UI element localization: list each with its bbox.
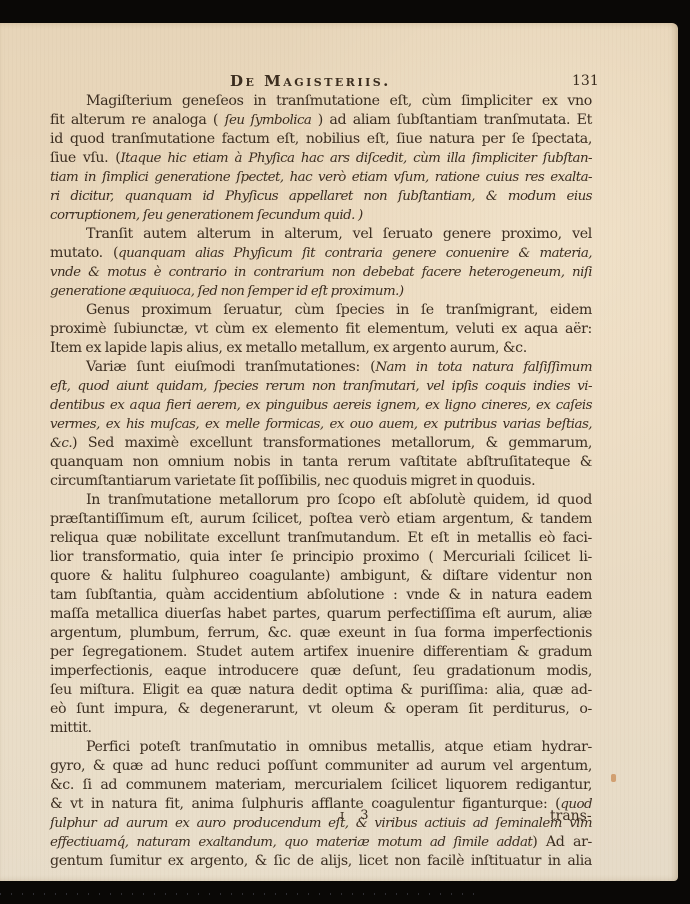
text-line: tiam in ſimplici generatione ſpectet, ha… — [50, 168, 592, 187]
text-italic: ſeu ſymbolica — [225, 113, 312, 128]
text-line: tam ſubſtantia, quàm accidentium abſolut… — [50, 586, 592, 605]
text-roman: lior transformatio, quia inter ſe princi… — [50, 549, 592, 565]
text-roman: fit alterum re analoga ( — [50, 112, 225, 128]
text-roman: vnde & motus è contrario in contrarium n… — [50, 265, 592, 280]
page-footer: ɪ 3 trans- — [0, 808, 678, 828]
text-roman: ſiue vſu. ( — [50, 150, 120, 166]
text-line: effectiuamq́, naturam exaltandum, quo ma… — [50, 833, 592, 852]
text-roman: ) ad aliam ſubſtantiam tranſmutata. Et — [311, 112, 592, 128]
text-italic: Nam in tota natura falſiſſimum — [375, 360, 592, 375]
running-head: De Magisteriis. 131 — [0, 72, 678, 92]
text-roman: quanquam non omnium nobis in tanta rerum… — [50, 454, 592, 470]
text-roman: præſtantiſſimum eſt, aurum ſcilicet, poſ… — [50, 511, 592, 527]
text-line: gentum ſumitur ex argento, & ſic de alij… — [50, 852, 592, 871]
signature-mark: ɪ 3 — [340, 808, 375, 823]
text-italic: Itaque hic etiam à Phyſica hac ars diſce… — [120, 151, 592, 166]
text-line: per ſegregationem. Studet autem artifex … — [50, 643, 592, 662]
text-line: vermes, ex his muſcas, ex melle formicas… — [50, 415, 592, 434]
text-line: ri dicitur, quanquam id Phyſicus appella… — [50, 187, 592, 206]
text-line: Tranſit autem alterum in alterum, vel ſe… — [50, 225, 592, 244]
text-line: Perfici poteſt tranſmutatio in omnibus m… — [50, 738, 592, 757]
text-line: eſt, quod aiunt quidam, ſpecies rerum no… — [50, 377, 592, 396]
text-line: quanquam non omnium nobis in tanta rerum… — [50, 453, 592, 472]
text-line: fit alterum re analoga ( ſeu ſymbolica )… — [50, 111, 592, 130]
text-roman: proximè ſubiunctæ, vt cùm ex elemento fi… — [50, 321, 592, 337]
text-roman: Tranſit autem alterum in alterum, vel ſe… — [86, 226, 592, 242]
text-line: lior transformatio, quia inter ſe princi… — [50, 548, 592, 567]
text-italic: &c. — [50, 436, 72, 451]
text-roman: ri dicitur, quanquam id Phyſicus appella… — [50, 189, 592, 204]
text-roman: tam ſubſtantia, quàm accidentium abſolut… — [50, 587, 592, 603]
text-roman: &c. ſi ad communem materiam, mercurialem… — [50, 777, 592, 793]
text-roman: argentum, plumbum, ferrum, &c. quæ exeun… — [50, 625, 592, 641]
text-roman: vermes, ex his muſcas, ex melle formicas… — [50, 417, 592, 432]
text-line: &c. ſi ad communem materiam, mercurialem… — [50, 776, 592, 795]
text-roman: ) Ad ar- — [532, 834, 592, 850]
text-roman: dentibus ex aqua fieri aerem, ex pinguib… — [50, 398, 592, 413]
text-line: &c.) Sed maximè excellunt transformation… — [50, 434, 592, 453]
text-line: reliqua quæ nobilitate excellunt tranſmu… — [50, 529, 592, 548]
text-roman: generatione æquiuoca, ſed non ſemper id … — [50, 284, 404, 299]
text-line: generatione æquiuoca, ſed non ſemper id … — [50, 282, 592, 301]
text-roman: Magiſterium geneſeos in tranſmutatione e… — [86, 93, 592, 109]
text-line: vnde & motus è contrario in contrarium n… — [50, 263, 592, 282]
text-line: argentum, plumbum, ferrum, &c. quæ exeun… — [50, 624, 592, 643]
text-line: quore & halitu ſulphureo coagulante) amb… — [50, 567, 592, 586]
text-roman: Item ex lapide lapis alius, ex metallo m… — [50, 340, 527, 356]
text-roman: corruptionem, ſeu generationem ſecundum … — [50, 208, 363, 223]
text-line: Genus proximum ſeruatur, cùm ſpecies in … — [50, 301, 592, 320]
text-roman: eò ſunt impura, & degenerarunt, vt oleum… — [50, 701, 592, 717]
text-italic: quanquam alias Phyſicum ſit contraria ge… — [118, 246, 592, 261]
text-roman: gyro, & quæ ad hunc reduci poſſunt commu… — [50, 758, 592, 774]
ink-stain — [611, 774, 616, 782]
text-roman: mutato. ( — [50, 245, 118, 261]
text-roman: mittit. — [50, 720, 92, 736]
text-roman: Genus proximum ſeruatur, cùm ſpecies in … — [86, 302, 592, 318]
text-line: ſiue vſu. (Itaque hic etiam à Phyſica ha… — [50, 149, 592, 168]
book-page: De Magisteriis. 131 Magiſterium geneſeos… — [0, 23, 678, 881]
text-line: imperfectionis, eaque introducere quæ de… — [50, 662, 592, 681]
text-line: id quod tranſmutatione factum eſt, nobil… — [50, 130, 592, 149]
text-roman: maſſa metallica diuerſas habet partes, q… — [50, 606, 592, 622]
text-line: ſeu miſtura. Eligit ea quæ natura dedit … — [50, 681, 592, 700]
text-roman: eſt, quod aiunt quidam, ſpecies rerum no… — [50, 379, 592, 394]
text-roman: tiam in ſimplici generatione ſpectet, ha… — [50, 170, 592, 185]
text-roman: imperfectionis, eaque introducere quæ de… — [50, 663, 592, 679]
text-line: mittit. — [50, 719, 592, 738]
text-roman: ſeu miſtura. Eligit ea quæ natura dedit … — [50, 682, 592, 698]
text-line: proximè ſubiunctæ, vt cùm ex elemento fi… — [50, 320, 592, 339]
text-line: dentibus ex aqua fieri aerem, ex pinguib… — [50, 396, 592, 415]
text-roman: id quod tranſmutatione factum eſt, nobil… — [50, 131, 592, 147]
scan-edge-dots — [0, 893, 480, 895]
text-line: præſtantiſſimum eſt, aurum ſcilicet, poſ… — [50, 510, 592, 529]
text-roman: per ſegregationem. Studet autem artifex … — [50, 644, 592, 660]
text-line: circumſtantiarum varietate ſit poſſibili… — [50, 472, 592, 491]
text-roman: In tranſmutatione metallorum pro ſcopo e… — [86, 492, 592, 508]
text-roman: reliqua quæ nobilitate excellunt tranſmu… — [50, 530, 592, 546]
text-italic: effectiuamq́, naturam exaltandum, quo ma… — [50, 835, 532, 850]
text-line: corruptionem, ſeu generationem ſecundum … — [50, 206, 592, 225]
text-line: mutato. (quanquam alias Phyſicum ſit con… — [50, 244, 592, 263]
text-line: eò ſunt impura, & degenerarunt, vt oleum… — [50, 700, 592, 719]
body-text: Magiſterium geneſeos in tranſmutatione e… — [50, 92, 592, 871]
text-roman: Variæ ſunt eiuſmodi tranſmutationes: ( — [86, 359, 375, 375]
text-line: maſſa metallica diuerſas habet partes, q… — [50, 605, 592, 624]
text-roman: circumſtantiarum varietate ſit poſſibili… — [50, 473, 535, 489]
page-number: 131 — [572, 73, 599, 89]
text-line: In tranſmutatione metallorum pro ſcopo e… — [50, 491, 592, 510]
text-line: Magiſterium geneſeos in tranſmutatione e… — [50, 92, 592, 111]
text-line: gyro, & quæ ad hunc reduci poſſunt commu… — [50, 757, 592, 776]
text-roman: quore & halitu ſulphureo coagulante) amb… — [50, 568, 592, 584]
running-head-title: De Magisteriis. — [230, 72, 391, 90]
text-roman: gentum ſumitur ex argento, & ſic de alij… — [50, 853, 592, 869]
text-roman: Perfici poteſt tranſmutatio in omnibus m… — [86, 739, 592, 755]
catchword: trans- — [550, 808, 592, 824]
text-line: Item ex lapide lapis alius, ex metallo m… — [50, 339, 592, 358]
text-line: Variæ ſunt eiuſmodi tranſmutationes: (Na… — [50, 358, 592, 377]
text-roman: ) Sed maximè excellunt transformationes … — [72, 435, 592, 451]
